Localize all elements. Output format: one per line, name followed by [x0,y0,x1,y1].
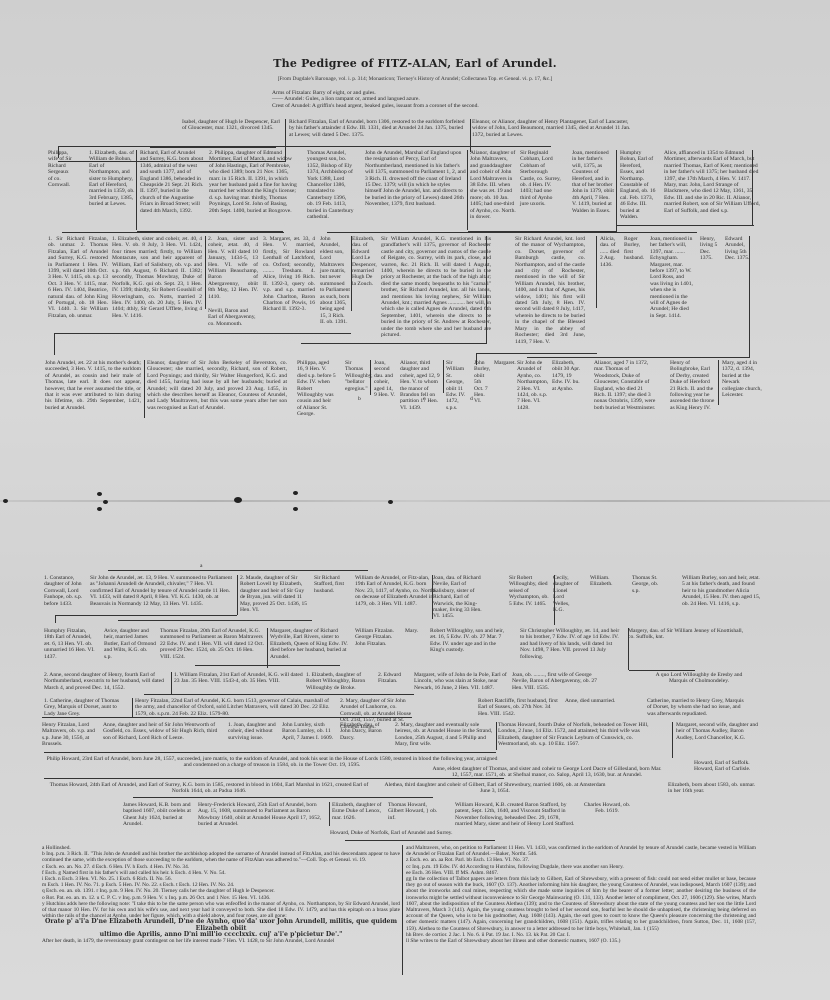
mary-sole-heiress: 2. Mary, daughter and eventually sole he… [395,722,495,748]
william-elizabeth: William. Elizabeth. [590,575,618,588]
elizabeth-aynho: Elizabeth, obiit 30 Apr. 1479, 19 Edw. I… [552,360,582,392]
reginald-cobham: Sir Reginald Cobham, Lord Cobham of Ster… [520,150,562,208]
eleanor-berkeley: Eleanor, daughter of Sir John Berkeley o… [147,360,287,411]
constance-cornwall: 1. Constance, daughter of John Cornwall,… [44,575,86,607]
fitzalan-sons: 1. Sir Richard Fitzalan, ob. unmar. 2. T… [48,236,108,319]
mary-aged-4: Mary, aged 4 in 1372, d. 1394, buried at… [722,360,762,398]
thomas-st-george: Thomas St. George, ob. s.p. [632,575,662,594]
thomas-gilbert-howard: Thomas Howard, Gilbert Howard, } ob. inf… [388,802,438,821]
a-quo-willoughby: A quo Lord Willoughby de Eresby and Marq… [650,672,748,685]
joan-countess-hereford: Joan, mentioned in her father's will, 13… [572,150,614,214]
sir-thomas-willoughby: Sir Thomas Willoughby, "bellator egregiu… [345,360,370,392]
anne-northumberland: 2. Anne, second daughter of Henry, fourt… [44,672,164,691]
thomas-20th-earl: Thomas Fitzalan, 20th Earl of Arundel, K… [160,628,264,660]
robert-willoughby-son: Robert Willoughby, son and heir, æt. 16,… [430,628,510,654]
joan-margaret: Joan, mentioned in her father's will, 13… [650,236,694,319]
james-howard: James Howard, K.B. born and baptised 160… [123,802,193,828]
mary: Mary. [405,628,423,634]
sir-richard-stafford: Sir Richard Stafford, first husband. [314,575,348,594]
thomas-arundel-archbishop: Thomas Arundel, youngest son, bo. 1352, … [307,150,354,220]
footnote: ll She writes to the Earl of Shrewsbury … [406,938,756,944]
sir-john-aynho: Sir John de Arundel of Aynho, co. Northa… [517,360,549,411]
margaret: Margaret. [494,360,508,366]
howard-suffolk-carlisle: Howard, Earl of Suffolk. Howard, Earl of… [694,760,762,773]
edward-fitzalan: 2. Edward Fitzalan. [378,672,414,685]
isabel-despencer: Isabel, daughter of Hugh le Despencer, E… [182,119,282,132]
roger-burley: Roger Burley, first husband. [624,236,644,262]
john-arundel-1415: John Arundel, æt. 22 at his mother's dea… [45,360,141,411]
thomas-howard-4th-duke: Thomas Howard, fourth Duke of Norfolk, b… [498,722,662,748]
robert-ratcliffe: Robert Ratcliffe, first husband, first E… [478,698,558,717]
henry-bolingbroke: Henry of Bolingbroke, Earl of Derby, cre… [670,360,716,411]
sir-john-de-arundel-1433: Sir John de Arundel, æt. 13, 9 Hen. V. s… [90,575,234,607]
henry-22nd-earl: Henry Fitzalan, 22nd Earl of Arundel, K.… [135,698,335,717]
epitaph-line-1: Orate p' a'i'a D'ne Elizabeth Arundell, … [42,919,400,931]
footnote-continuation: After her death, in 1479, the reversiona… [42,938,400,944]
joan-neville: Joan, dau. of Richard Nevile, Earl of Sa… [433,575,489,620]
william-burley: William Burley, son and heir, ætat. 5 at… [682,575,762,607]
footnote: y Hutchins adds here the following note:… [42,901,400,920]
philippa-mortimer: 2. Philippa, daughter of Edmund Mortimer… [209,150,297,214]
cecily-welles: Cecily, daughter of Lionel Lord Welles, … [553,575,579,613]
abergavenny-note: Nevill, Baron and Earl of Abergavenny, c… [208,308,258,327]
binding-hole [3,499,8,503]
maude-lovell: 2. Maude, daughter of Sir Robert Lovell … [240,575,310,613]
elizabeth-bohun: 1. Elizabeth, dau. of William de Bohun, … [89,150,136,208]
elizabeth-born-1583: Elizabeth, born about 1583, ob. unmar. i… [668,782,758,795]
alethea-talbot: Alethea, third daughter and coheir of Gi… [380,782,610,795]
marker-b: b [358,396,361,402]
elizabeth-coheir: 1. Elizabeth, sister and coheir, æt. 40,… [112,236,202,319]
binding-hole [97,507,102,511]
catherine-dorset: Catherine, married to Henry Grey, Marqui… [647,698,749,717]
elizabeth-willoughby: 1. Elizabeth, daughter of Robert Willoug… [306,672,374,691]
binding-hole [234,497,242,503]
sir-robert-willoughby: Sir Robert Willoughby, died seised of Wy… [509,575,549,607]
john-burley: John Burley, obiit 5th Oct. 7 Hen. VI. [474,360,490,405]
philippa-sergeaux: Philippa, wife of Sir Richard Sergeaux o… [48,150,74,188]
joan-coheir: 2. Joan, sister and coheir, ætat. 40, 4 … [208,236,258,300]
marker-a: a [200,563,202,569]
edward-arundel: Edward Arundel, living 5th Dec. 1375. [725,236,751,262]
margery-jenney: Margery, dau. of Sir William Jenney of K… [628,628,748,641]
john-lumley: John Lumley, sixth Baron Lumley, ob. 11 … [282,722,336,741]
alianor-third-dau: Alianor, third daughter and coheir, aged… [400,360,442,411]
binding-hole [388,500,393,504]
binding-hole [293,507,298,511]
john-de-arundel-marshal: John de Arundel, Marshal of England upon… [365,150,467,208]
elizabeth-darcy: Elizabeth, dau. of John Darcy, Baron Dar… [340,722,390,741]
elizabeth-lenox: Elizabeth, daughter of Esme Duke of Leno… [332,802,384,821]
margaret-audley: Margaret, second wife, daughter and heir… [676,722,760,741]
joan-lumley: 1. Joan, daughter and coheir, died witho… [228,722,278,741]
joan-second-dau: Joan, second dau. and coheir, aged 14, 9… [374,360,396,398]
william-howard-stafford: William Howard, K.B. created Baron Staff… [455,802,575,828]
margaret-wydville: Margaret, daughter of Richard Wydville, … [270,628,350,660]
anne-unmarried: Anne, died unmarried. [565,698,625,704]
margaret-de-la-pole: Margaret, wife of John de la Pole, Earl … [414,672,509,691]
howard-duke-of-norfolk: Howard, Duke of Norfolk, Earl of Arundel… [330,830,530,836]
richard-earl-arundel: Richard, Earl of Arundel and Surrey, K.G… [140,150,204,214]
john-arundel-eldest: John Arundel, eldest son, Lord Maltraver… [320,236,350,326]
sir-christopher-willoughby: Sir Christopher Willoughby, æt. 14, and … [520,628,620,660]
crest-arundel: Crest of Arundel: A griffin's head argen… [272,103,572,109]
alice-mary-alianor: Alice, affianced in 1354 to Edmund Morti… [664,150,760,214]
alianor-woodstock: Alianor, aged 7 in 1372, mar. Thomas of … [594,360,656,411]
margaret-alice: 3. Margaret, æt. 33, 4 Hen. V. married, … [263,236,315,313]
binding-hole [293,491,298,495]
henry-frederick-howard: Henry-Frederick Howard, 25th Earl of Aru… [198,802,326,828]
humphry-18th-earl: Humphry Fitzalan, 18th Earl of Arundel, … [44,628,96,660]
paper-crease [0,500,830,502]
footnote: b Inq. p.m. 3 Rich. II. "This John de Ar… [42,851,400,863]
catherine-grey: 1. Catherine, daughter of Thomas Grey, M… [44,698,128,717]
william-21st-earl: 1. William Fitzalan, 21st Earl of Arunde… [174,672,304,685]
footnotes-left: a Hollinshed. b Inq. p.m. 3 Rich. II. "T… [42,845,400,944]
joan-nevile: Joan, ob. ........, first wife of George… [512,672,600,691]
richard-fitzalan-1306: Richard Fitzalan, Earl of Arundel, born … [289,119,466,138]
marker-c: c [423,396,425,402]
page-title: The Pedigree of FITZ-ALAN, Earl of Arund… [200,57,630,70]
sir-richard-arundel: Sir Richard Arundel, knt. lord of the ma… [515,236,585,345]
henry-lord-maltravers: Henry Fitzalan, Lord Maltravers, ob. v.p… [42,722,100,748]
charles-howard: Charles Howard, ob. Feb. 1619. [580,802,634,815]
footnote: and Maltravers, who, on petition to Parl… [406,845,756,857]
henry-living-1375: Henry, living 5 Dec. 1375. [700,236,722,262]
elizabeth-le-despencer: Elizabeth, dau. of Edward Lord Le Despen… [352,236,377,287]
pedigree-page: The Pedigree of FITZ-ALAN, Earl of Arund… [0,0,830,1000]
sir-william-arundel: Sir William Arundel, K.G. mentioned in h… [381,236,491,339]
sir-william-st-george: Sir William St. George, obiit 11 Edw. IV… [446,360,468,411]
source-note: [From Dugdale's Baronage, vol. i. p. 314… [200,76,630,82]
eleanor-lancaster: Eleanor, or Alianor, daughter of Henry P… [472,119,632,138]
alianor-maltravers: Alianor, daughter of John Maltravers, an… [470,150,516,220]
william-19th-earl: William de Arundel, or Fitz-alan, 19th E… [355,575,437,607]
anne-dacre: Anne, eldest daughter of Thomas, and sis… [432,766,662,779]
arms-block: Arms of Fitzalan: Barry of eight, or and… [272,90,572,109]
footnote: gg In the collection of Talbot papers ar… [406,876,756,932]
avice-butler: Avice, daughter and heir, married James … [104,628,156,660]
binding-hole [103,500,108,504]
alicia: Alicia, dau. of ...... died 2 Aug. 1436. [600,236,620,268]
philippa-aged-16: Philippa, aged 16, 9 Hen. V. died s.p. b… [297,360,337,418]
humphry-bohun: Humphry Bohun, Earl of Hereford, Essex, … [620,150,656,220]
anne-wentworth: Anne, daughter and heir of Sir John Went… [103,722,218,741]
fitzalan-brothers: William Fitzalan. George Fitzalan. John … [355,628,400,647]
footnotes-right: and Maltravers, who, on petition to Parl… [406,845,756,944]
binding-hole [97,492,102,496]
marker-d: d [470,396,473,402]
thomas-howard-24th-earl: Thomas Howard, 24th Earl of Arundel, and… [44,782,374,795]
